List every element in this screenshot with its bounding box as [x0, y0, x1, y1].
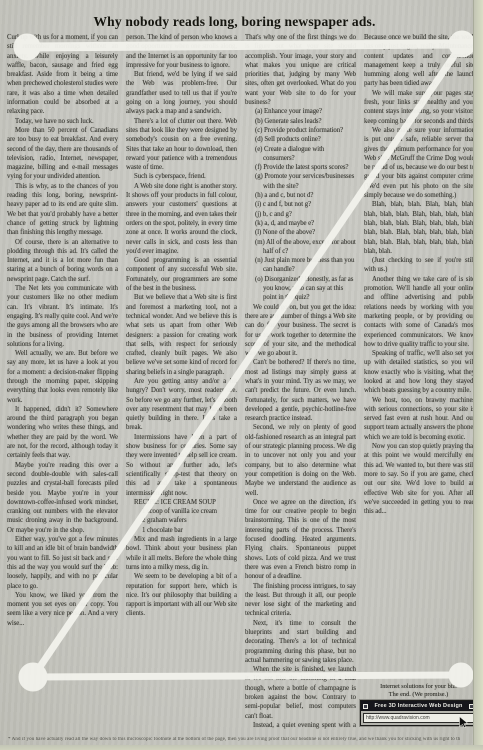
body-paragraph: Either way, you've got a few minutes to … [7, 535, 118, 591]
body-paragraph: Because once we build the site, the work… [364, 33, 475, 89]
body-paragraph: But friend, we'd be lying if we said the… [126, 70, 237, 116]
body-paragraph: We could go on, but you get the idea: th… [245, 303, 356, 359]
body-paragraph: Blah, blah, blah. Blah, blah, blah, blah… [364, 200, 475, 256]
checklist-item: (o) Disorganized? Honestly, as far as yo… [245, 275, 356, 303]
body-paragraph: Are you getting antsy and/or a bit hungr… [126, 377, 237, 433]
body-paragraph: When the site is finished, we launch it.… [245, 665, 356, 721]
body-paragraph: Good programming is an essential compone… [126, 256, 237, 293]
body-paragraph: We seem to be developing a bit of a repu… [126, 572, 237, 618]
body-paragraph: But we believe that a Web site is first … [126, 293, 237, 377]
body-columns: Curl up with us for a moment, if you can… [7, 33, 475, 729]
checklist-item: (h) a and c, but not d? [245, 191, 356, 200]
window-icon [363, 704, 368, 709]
body-paragraph: This is why, as to the chances of you re… [7, 182, 118, 238]
recipe-ingredient: 1 scoop of vanilla ice cream [126, 507, 237, 516]
footnote: * And if you have actually read all the … [8, 737, 460, 742]
column-4: Because once we build the site, the work… [364, 33, 475, 681]
body-paragraph: A Web site done right is another story. … [126, 182, 237, 256]
body-paragraph: There's a lot of clutter out there. Web … [126, 117, 237, 173]
body-paragraph: person. The kind of person who knows a g… [126, 33, 237, 70]
body-paragraph: We host, too, on brawny machines with se… [364, 396, 475, 442]
newspaper-ad-page: Why nobody reads long, boring newspaper … [0, 0, 483, 750]
body-paragraph: Speaking of traffic, we'll also set you … [364, 349, 475, 395]
url-field: http://www.quadravision.com [363, 713, 474, 723]
body-paragraph: Now you can stop quietly praying that at… [364, 442, 475, 516]
body-paragraph: Well actually, we are. But before we say… [7, 349, 118, 405]
closing-block: Internet solutions for your biz. The end… [360, 683, 477, 726]
closing-line-1: Internet solutions for your biz. [360, 683, 477, 691]
body-paragraph: Of course, there is an alternative to pl… [7, 238, 118, 284]
checklist-item: (b) Generate sales leads? [245, 117, 356, 126]
column-3: That's why one of the first things we do… [245, 33, 356, 729]
cursor-arrow-icon [459, 716, 469, 728]
checklist-item: (k) a, d, and maybe e? [245, 219, 356, 228]
checklist-item: (a) Enhance your image? [245, 107, 356, 116]
body-paragraph: (Just checking to see if you're still wi… [364, 256, 475, 275]
checklist-item: (n) Just plain more business than you ca… [245, 256, 356, 275]
checklist-item: (i) c and f, but not g? [245, 200, 356, 209]
browser-titlebar: Free 3D Interactive Web Design [361, 701, 476, 711]
checklist-item: (l) None of the above? [245, 228, 356, 237]
body-paragraph: The Net lets you communicate with your c… [7, 284, 118, 349]
headline: Why nobody reads long, boring newspaper … [0, 14, 469, 30]
checklist-item: (e) Create a dialogue with consumers? [245, 145, 356, 164]
recipe-ingredient: 2 graham wafers [126, 516, 237, 525]
body-paragraph: You know, we liked you from the moment y… [7, 591, 118, 628]
body-paragraph: Another thing we take care of is site pr… [364, 275, 475, 349]
browser-title-text: Free 3D Interactive Web Design [370, 703, 467, 709]
checklist-item: (m) All of the above, except for about h… [245, 238, 356, 257]
body-paragraph: That's why one of the first things we do… [245, 33, 356, 107]
checklist-item: (c) Provide product information? [245, 126, 356, 135]
column-1: Curl up with us for a moment, if you can… [7, 33, 118, 729]
column-2: person. The kind of person who knows a g… [126, 33, 237, 729]
body-paragraph: Curl up with us for a moment, if you can… [7, 33, 118, 117]
body-paragraph: We will make sure your pages stay fresh,… [364, 89, 475, 126]
body-paragraph: The finishing process intrigues, to say … [245, 582, 356, 619]
scan-edge-right [473, 0, 483, 750]
body-paragraph: We also make sure your information is pu… [364, 126, 475, 200]
body-paragraph: Mix and mash ingredients in a large bowl… [126, 535, 237, 572]
recipe-title: RECIPE: ICE CREAM SOUP [126, 498, 237, 507]
checklist-item: (f) Provide the latest sports scores? [245, 163, 356, 172]
checklist-item: (g) Promote your services/businesses wit… [245, 172, 356, 191]
body-paragraph: Once we agree on the direction, it's tim… [245, 498, 356, 582]
body-paragraph: Second, we rely on plenty of good old-fa… [245, 423, 356, 497]
closing-line-2: The end. (We promise.) [360, 691, 477, 699]
body-paragraph: Instead, a quiet evening spent with a fe… [245, 721, 356, 729]
mini-browser-logo: Free 3D Interactive Web Design http://ww… [360, 700, 477, 726]
recipe-ingredient: 1 chocolate bar [126, 526, 237, 535]
body-paragraph: Maybe you're reading this over a second … [7, 461, 118, 535]
body-paragraph: Such is cyberspace, friend. [126, 172, 237, 181]
body-paragraph: Next, it's time to consult the blueprint… [245, 619, 356, 665]
body-paragraph: It happened, didn't it? Somewhere around… [7, 405, 118, 461]
checklist-item: (j) b, c and g? [245, 210, 356, 219]
body-paragraph: Intermissions have been a part of show b… [126, 433, 237, 498]
body-paragraph: Can't be bothered? If there's no time, m… [245, 358, 356, 423]
checklist-item: (d) Sell products online? [245, 135, 356, 144]
body-paragraph: Today, we have no such luck. [7, 117, 118, 126]
scan-edge-bottom [0, 745, 483, 750]
body-paragraph: More than 50 percent of Canadians are to… [7, 126, 118, 182]
